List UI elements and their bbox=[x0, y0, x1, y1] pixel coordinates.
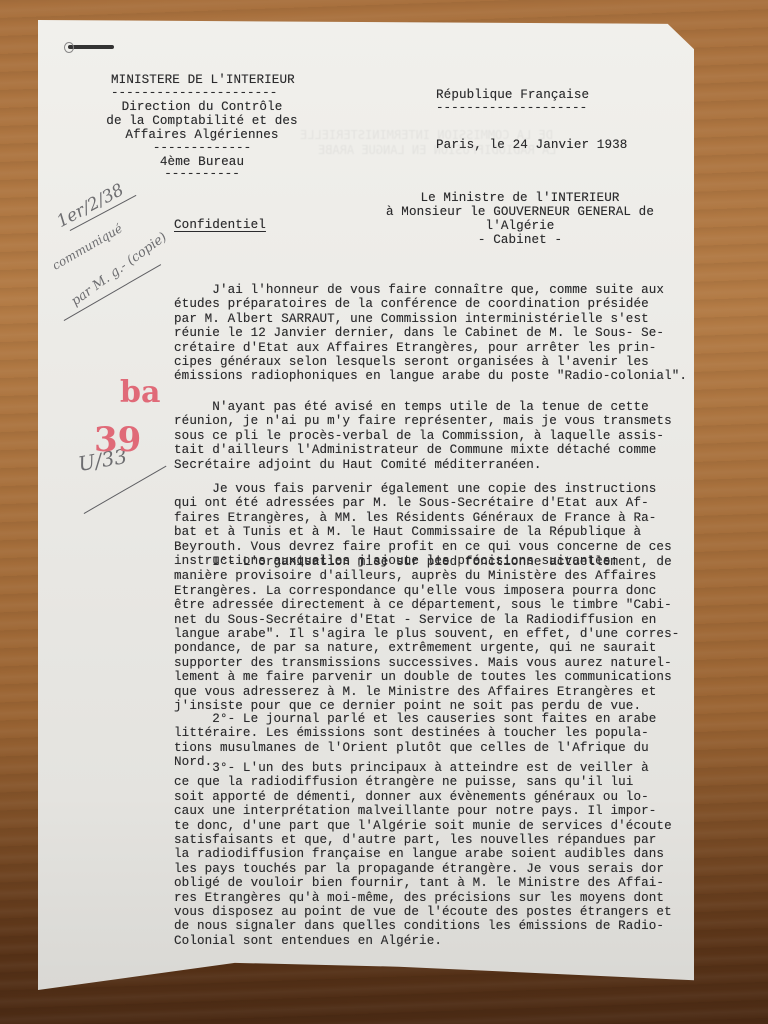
classification-label: Confidentiel bbox=[174, 218, 266, 232]
body-line: par M. Albert SARRAUT, une Commission in… bbox=[174, 312, 649, 326]
body-line: tions musulmanes de l'Orient plutôt que … bbox=[174, 741, 649, 755]
body-line: lement à me faire parvenir un double de … bbox=[174, 670, 672, 684]
body-line: res Etrangères qu'à moi-même, des précis… bbox=[174, 891, 664, 905]
body-line: tait d'ailleurs l'Administrateur de Comm… bbox=[174, 443, 656, 457]
body-line: crétaire d'Etat aux Affaires Etrangères,… bbox=[174, 341, 656, 355]
body-line: manière provisoire d'ailleurs, auprès du… bbox=[174, 569, 656, 583]
addressee-line: - Cabinet - bbox=[360, 233, 680, 247]
body-line: Etrangères. La correspondance qu'elle vo… bbox=[174, 584, 656, 598]
body-line: satisfaisants et que, d'autre part, les … bbox=[174, 833, 656, 847]
body-line: Colonial sont entendues en Algérie. bbox=[174, 934, 442, 948]
divider: ---------------------- bbox=[111, 86, 277, 100]
addressee-line: Le Ministre de l'INTERIEUR bbox=[360, 191, 680, 205]
body-line: obligé de vouloir bien fournir, tant à M… bbox=[174, 876, 664, 890]
divider: ---------- bbox=[102, 167, 302, 181]
addressee-line: à Monsieur le GOUVERNEUR GENERAL de bbox=[360, 205, 680, 219]
body-line: soit apporté de démenti, donner aux évèn… bbox=[174, 790, 649, 804]
body-line: réunion, je n'ai pu m'y faire représente… bbox=[174, 414, 672, 428]
red-archive-suffix: ba bbox=[120, 375, 160, 410]
body-line: 3°- L'un des buts principaux à atteindre… bbox=[174, 761, 649, 775]
body-line: réunie le 12 Janvier dernier, dans le Ca… bbox=[174, 326, 664, 340]
body-line: études préparatoires de la conférence de… bbox=[174, 297, 649, 311]
body-line: émissions radiophoniques en langue arabe… bbox=[174, 369, 687, 383]
divider: ------------- bbox=[102, 141, 302, 155]
direction-line: de la Comptabilité et des bbox=[102, 114, 302, 128]
body-line: langue arabe". Il s'agira le plus souven… bbox=[174, 627, 679, 641]
red-archive-number: 39 bbox=[94, 420, 141, 460]
direction-line: Direction du Contrôle bbox=[102, 100, 302, 114]
body-line: vous disposez au point de vue de l'écout… bbox=[174, 905, 672, 919]
body-line: caux une interprétation malveillante pou… bbox=[174, 804, 656, 818]
body-line: Secrétaire adjoint du Haut Comité médite… bbox=[174, 458, 542, 472]
body-line: être adressée directement à ce départeme… bbox=[174, 598, 672, 612]
body-line: les pays touchés par la propagande étran… bbox=[174, 862, 664, 876]
body-line: te donc, d'une part que l'Algérie soit m… bbox=[174, 819, 672, 833]
body-line: supporter des transmissions successives.… bbox=[174, 656, 672, 670]
body-line: 2°- Le journal parlé et les causeries so… bbox=[174, 712, 656, 726]
pin-icon bbox=[68, 45, 114, 49]
body-line: Beyrouth. Vous devrez faire profit en ce… bbox=[174, 540, 672, 554]
body-line: I°- L'organisation mise sur pied fonctio… bbox=[174, 555, 672, 569]
body-line: ce que la radiodiffusion étrangère ne pu… bbox=[174, 775, 633, 789]
body-line: cipes généraux selon lesquels seront org… bbox=[174, 355, 649, 369]
body-line: que vous adresserez à M. le Ministre des… bbox=[174, 685, 656, 699]
body-line: J'ai l'honneur de vous faire connaître q… bbox=[174, 283, 664, 297]
body-line: sous ce pli le procès-verbal de la Commi… bbox=[174, 429, 664, 443]
body-line: littéraire. Les émissions sont destinées… bbox=[174, 726, 649, 740]
body-line: la radiodiffusion française en langue ar… bbox=[174, 847, 664, 861]
body-line: net du Sous-Secrétaire d'Etat - Service … bbox=[174, 613, 656, 627]
addressee-line: l'Algérie bbox=[360, 219, 680, 233]
body-line: N'ayant pas été avisé en temps utile de … bbox=[174, 400, 649, 414]
body-line: pondance, de par sa nature, extrêmement … bbox=[174, 641, 656, 655]
divider: -------------------- bbox=[436, 101, 587, 115]
body-line: qui ont été adressées par M. le Sous-Sec… bbox=[174, 496, 649, 510]
place-date: Paris, le 24 Janvier 1938 bbox=[436, 138, 627, 152]
body-line: de nous signaler dans quelles conditions… bbox=[174, 919, 664, 933]
body-line: bat et à Tunis et à M. le Haut Commissai… bbox=[174, 525, 641, 539]
body-line: Je vous fais parvenir également une copi… bbox=[174, 482, 656, 496]
body-line: faires Etrangères, à MM. les Résidents G… bbox=[174, 511, 656, 525]
